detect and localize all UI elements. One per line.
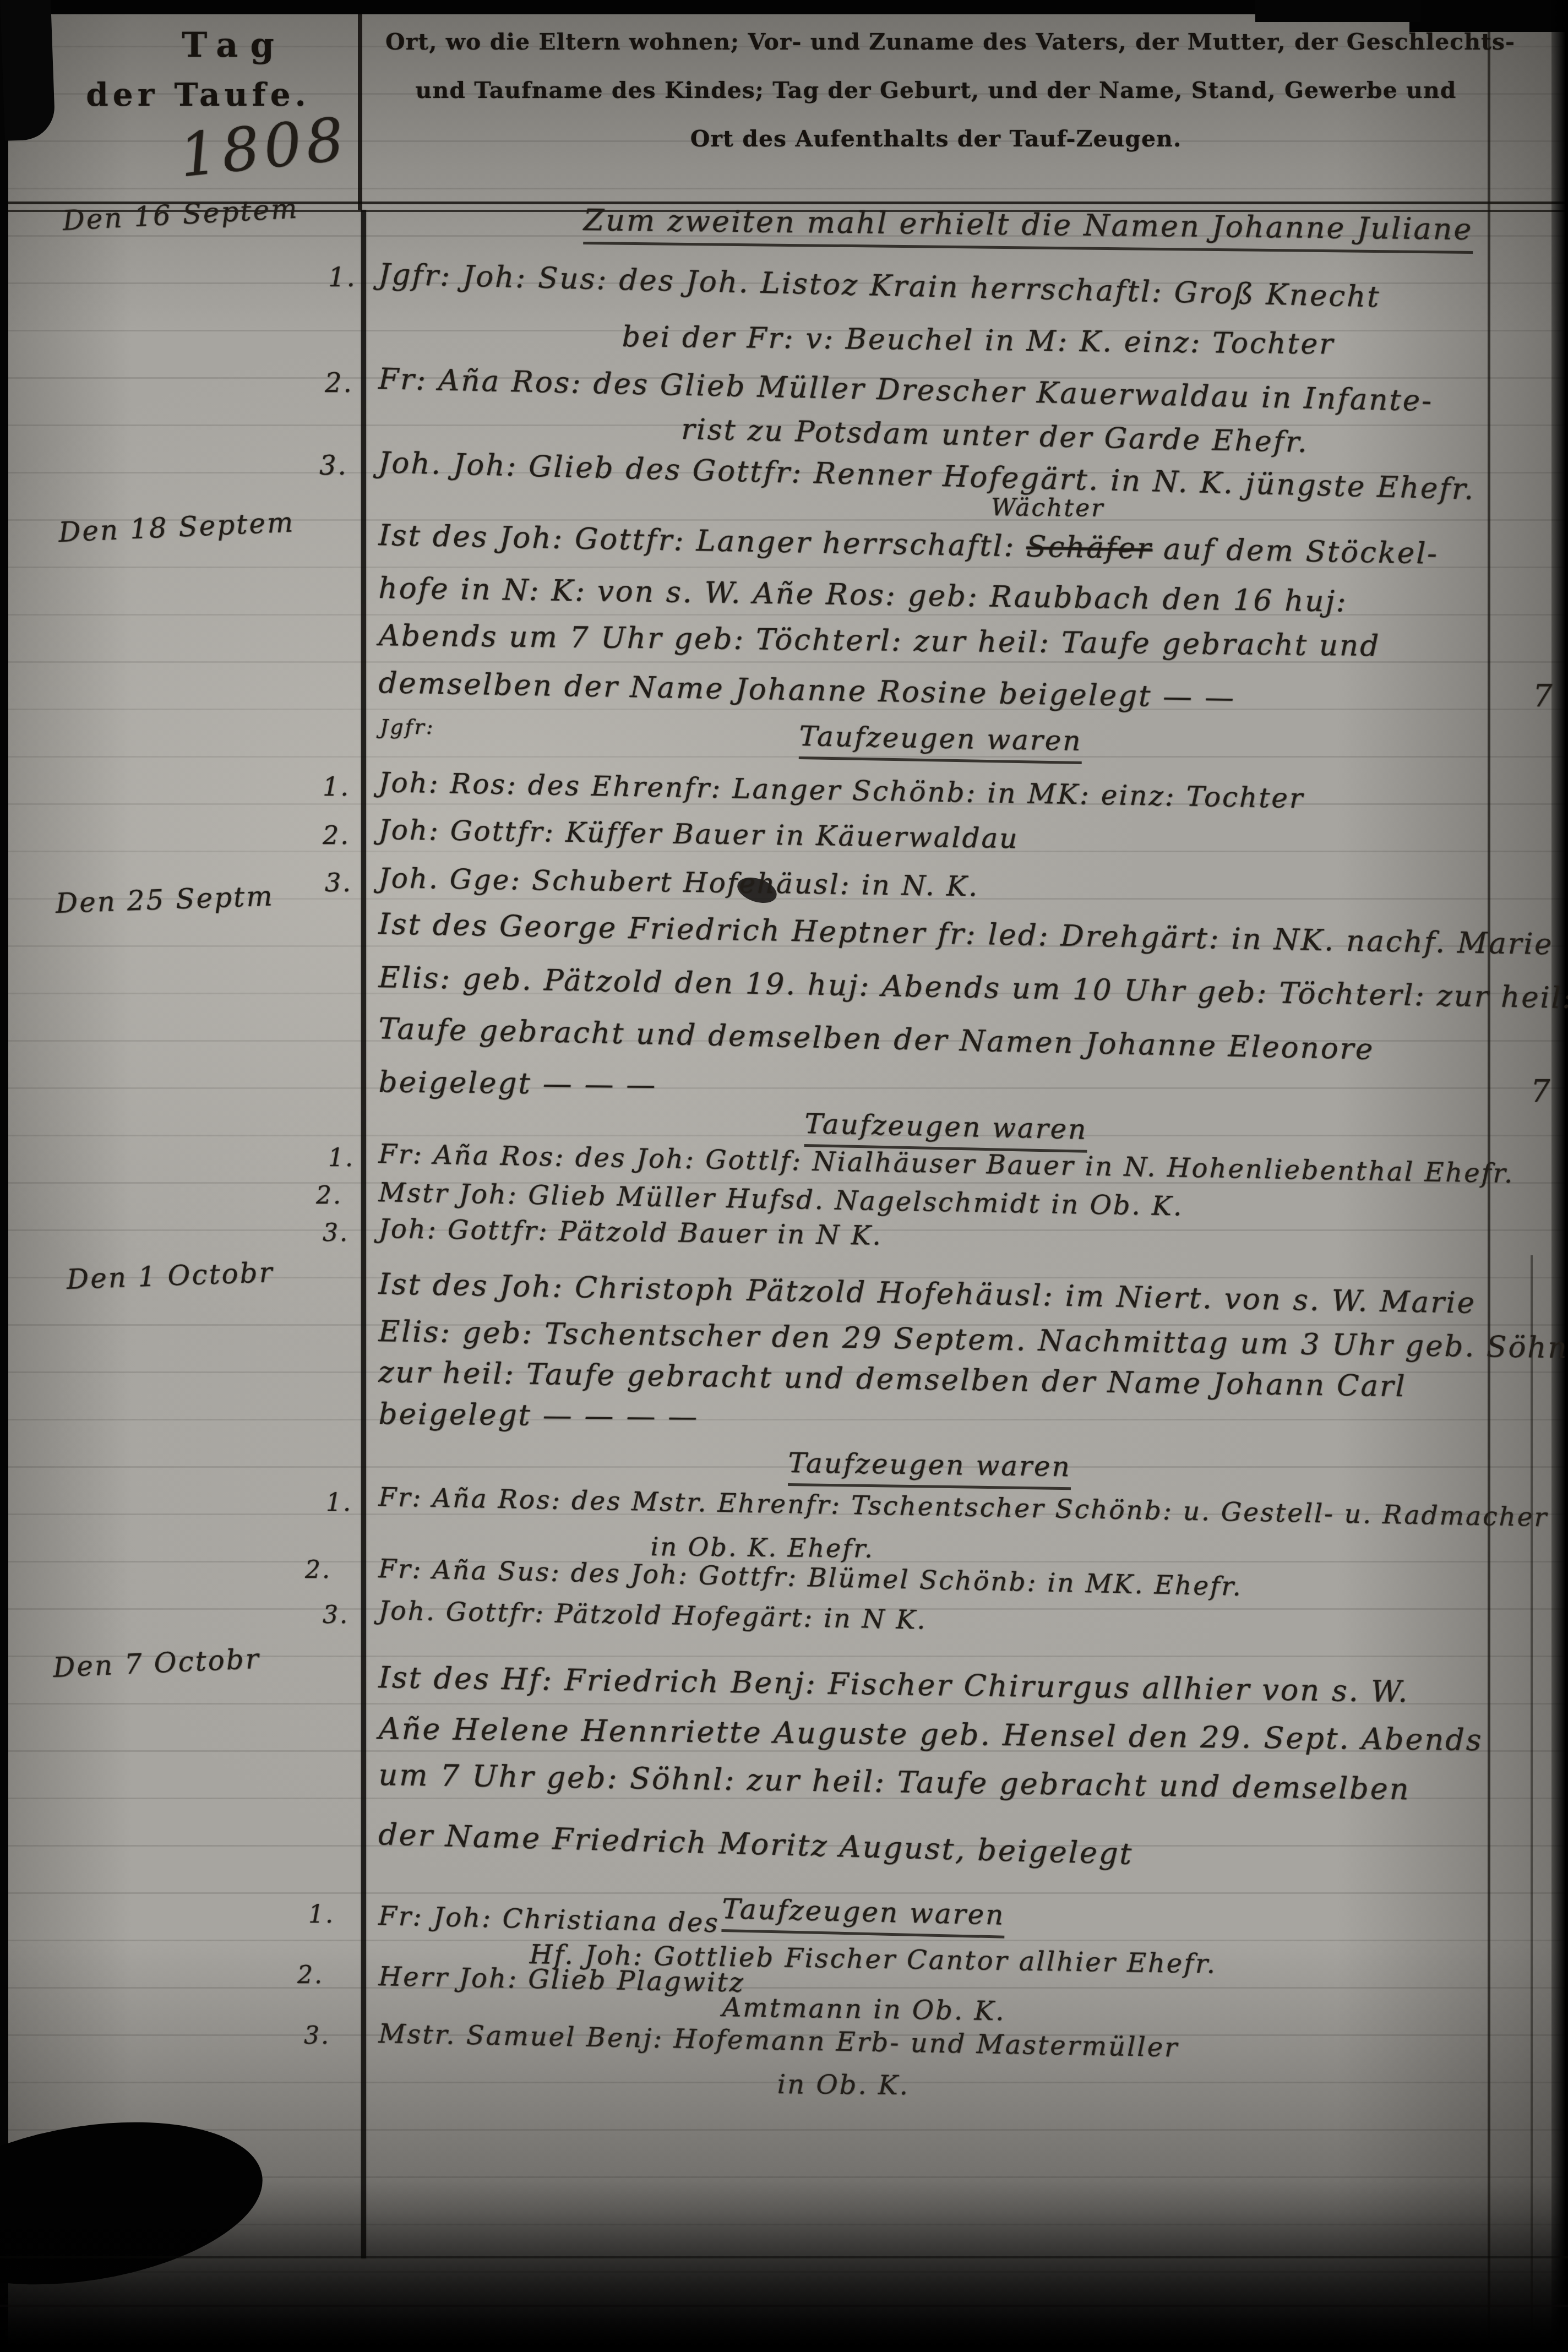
right-margin-rule-2: [1531, 1255, 1533, 2341]
entry2-line1-pre: Ist des Joh: Gottfr: Langer herrschaftl:: [378, 519, 1027, 564]
entry1-item3-line1: Joh. Joh: Glieb des Gottfr: Renner Hofeg…: [378, 446, 1476, 507]
header-day-of-baptism-line1: Tag: [143, 25, 325, 65]
entry5-date: Den 7 Octobr: [52, 1643, 261, 1684]
entry3-witness2-number: 2.: [316, 1182, 342, 1210]
entry3-witness3-text: Joh: Gottfr: Pätzold Bauer in N K.: [378, 1213, 883, 1251]
entry2-witness1-number: 1.: [323, 772, 350, 802]
scan-edge-bottom: [0, 2180, 1568, 2352]
entry4-date: Den 1 Octobr: [66, 1256, 274, 1295]
entry2-witnesses-heading: Taufzeugen waren: [799, 720, 1082, 764]
entry1-item2-number: 2.: [325, 368, 353, 399]
entry3-witness3-number: 3.: [323, 1219, 349, 1247]
entry2-line1-post: auf dem Stöckel-: [1152, 532, 1439, 571]
entry4-witness3-line1: Joh. Gottfr: Pätzold Hofegärt: in N K.: [378, 1596, 927, 1635]
register-page-paper: Tag der Taufe. 1808 Ort, wo die Eltern w…: [0, 0, 1568, 2352]
entry5-witness3-part1: Mstr. Samuel Benj: Hofemann Erb- und Mas…: [378, 2018, 1179, 2063]
header-year-handwritten: 1808: [176, 105, 351, 190]
entry2-witness1-text: Joh: Ros: des Ehrenfr: Langer Schönb: in…: [378, 766, 1304, 814]
entry5-witness1-part1: Fr: Joh: Christiana des: [378, 1901, 720, 1939]
entry5-witness3-part2: in Ob. K.: [777, 2069, 910, 2101]
header-description-line2: und Taufname des Kindes; Tag der Geburt,…: [385, 77, 1487, 104]
entry2-line4: demselben der Name Johanne Rosine beigel…: [378, 666, 1236, 715]
entry1-item2-line2: rist zu Potsdam unter der Garde Ehefr.: [681, 413, 1309, 459]
entry5-witness2-part1: Herr Joh: Glieb Plagwitz: [378, 1961, 745, 1999]
entry4-witness3-number: 3.: [323, 1601, 349, 1629]
entry5-witness2-part2: Amtmann in Ob. K.: [722, 1992, 1006, 2027]
entry3-line4: beigelegt — — —: [378, 1065, 657, 1102]
entry1-item2-line1: Fr: Aña Ros: des Glieb Müller Drescher K…: [378, 362, 1434, 418]
entry2-witness2-text: Joh: Gottfr: Küffer Bauer in Käuerwaldau: [378, 814, 1019, 854]
entry5-line3: um 7 Uhr geb: Söhnl: zur heil: Taufe geb…: [378, 1757, 1411, 1806]
entry2-witness3-text: Joh. Gge: Schubert Hofehäusl: in N. K.: [378, 862, 979, 902]
header-description-line3: Ort des Aufenthalts der Tauf-Zeugen.: [385, 126, 1487, 152]
entry3-witnesses-heading: Taufzeugen waren: [804, 1108, 1088, 1153]
scan-edge-left: [0, 0, 8, 2352]
header-column-divider: [358, 14, 362, 210]
entry4-line3: zur heil: Taufe gebracht und demselben d…: [378, 1355, 1407, 1403]
header-day-of-baptism-line2: der Taufe.: [66, 76, 330, 113]
entry4-line1: Ist des Joh: Christoph Pätzold Hofehäusl…: [378, 1267, 1476, 1320]
entry1-item1-line1: Jgfr: Joh: Sus: des Joh. Listoz Krain he…: [378, 258, 1381, 314]
entry2-margin-number: 7: [1533, 678, 1554, 714]
entry1-item1-line2: bei der Fr: v: Beuchel in M: K. einz: To…: [622, 320, 1335, 361]
entry3-margin-number: 7: [1531, 1074, 1552, 1109]
entry3-witness1-number: 1.: [328, 1144, 355, 1172]
entry2-line1: Ist des Joh: Gottfr: Langer herrschaftl:…: [378, 519, 1439, 571]
scan-corner-top-left: [0, 0, 56, 141]
entry5-witness2-number: 2.: [297, 1961, 324, 1989]
entry5-line2: Añe Helene Hennriette Auguste geb. Hense…: [378, 1711, 1483, 1757]
entry4-witness1-line2: in Ob. K. Ehefr.: [651, 1532, 874, 1564]
entry3-line2: Elis: geb. Pätzold den 19. huj: Abends u…: [378, 961, 1568, 1015]
entry5-witnesses-heading: Taufzeugen waren: [721, 1893, 1005, 1939]
entry4-witnesses-heading: Taufzeugen waren: [788, 1447, 1071, 1490]
entry1-item3-number: 3.: [319, 450, 348, 481]
entry1-heading: Zum zweiten mahl erhielt die Namen Johan…: [583, 203, 1473, 254]
scan-edge-top-bump: [1255, 0, 1420, 22]
bottom-ledger-rule-1: [0, 2256, 1568, 2258]
entry3-date: Den 25 Septm: [55, 880, 274, 919]
bottom-ledger-rule-2: [0, 2305, 1568, 2307]
entry4-witness2-number: 2.: [305, 1556, 331, 1584]
entry2-line1-struck-word: Schäfer: [1026, 530, 1153, 566]
entry2-correction-above-line: Wächter: [991, 493, 1105, 522]
entry5-witness3-number: 3.: [304, 2022, 330, 2050]
entry4-line4: beigelegt — — — —: [378, 1397, 699, 1434]
scan-edge-top-right: [1409, 0, 1568, 32]
header-description-line1: Ort, wo die Eltern wohnen; Vor- und Zuna…: [385, 29, 1487, 55]
entry5-line1: Ist des Hf: Friedrich Benj: Fischer Chir…: [378, 1660, 1409, 1709]
entry4-witness1-line1: Fr: Aña Ros: des Mstr. Ehrenfr: Tschents…: [378, 1482, 1548, 1533]
scanned-register-photo: { "doc": { "header": { "column1_line1": …: [0, 0, 1568, 2352]
body-column-divider: [361, 210, 366, 2258]
entry1-item1-number: 1.: [328, 262, 357, 293]
entry2-date: Den 18 Septem: [58, 506, 295, 548]
entry3-line3: Taufe gebracht und demselben der Namen J…: [378, 1012, 1375, 1066]
entry3-line1: Ist des George Friedrich Heptner fr: led…: [378, 907, 1554, 961]
entry4-witness1-number: 1.: [326, 1489, 352, 1517]
entry2-witness2-number: 2.: [323, 820, 350, 850]
scan-edge-right: [1551, 0, 1568, 2352]
entry5-line4: der Name Friedrich Moritz August, beigel…: [378, 1817, 1134, 1871]
entry1-date: Den 16 Septem: [62, 193, 300, 237]
entry2-side-note: Jgfr:: [380, 715, 435, 739]
entry5-witness1-number: 1.: [308, 1901, 335, 1929]
entry2-line2: hofe in N: K: von s. W. Añe Ros: geb: Ra…: [378, 571, 1348, 619]
entry2-witness3-number: 3.: [325, 868, 352, 897]
entry2-line3: Abends um 7 Uhr geb: Töchterl: zur heil:…: [378, 619, 1380, 663]
